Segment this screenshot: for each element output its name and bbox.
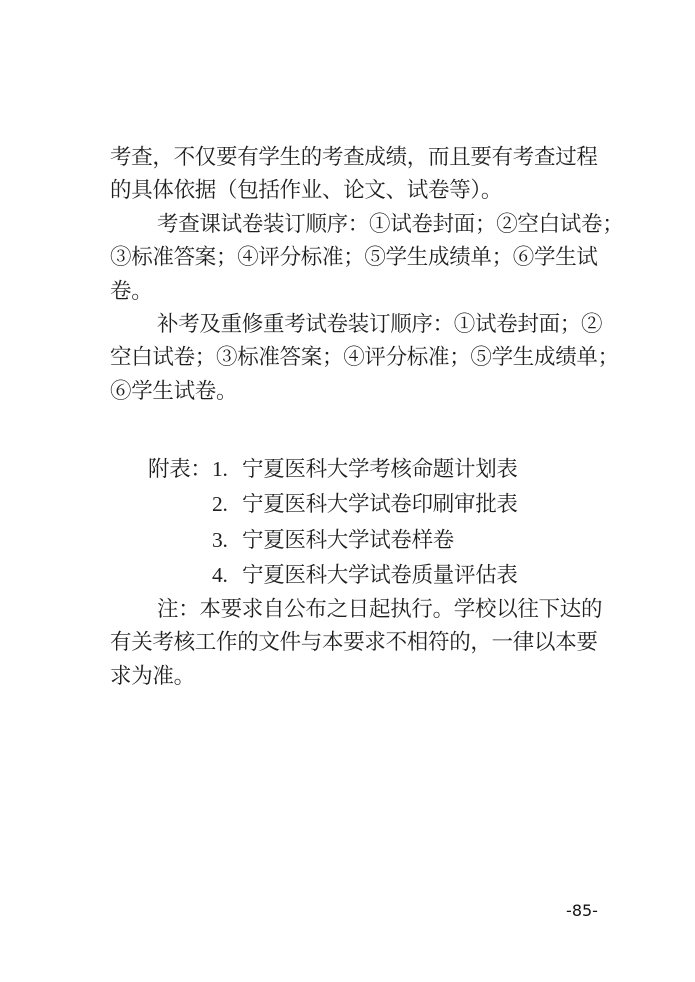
paragraph-2-line-3: 卷。	[110, 275, 615, 308]
appendix-item-3-text: 宁夏医科大学试卷样卷	[242, 528, 454, 552]
page-number: -85-	[556, 901, 608, 920]
paragraph-3-line-1: 补考及重修重考试卷装订顺序：①试卷封面；②	[110, 308, 615, 341]
appendix-item-4: 4.宁夏医科大学试卷质量评估表	[110, 558, 615, 593]
paragraph-1-line-2: 的具体依据（包括作业、论文、试卷等）。	[110, 174, 615, 207]
paragraph-2-line-2: ③标准答案；④评分标准；⑤学生成绩单；⑥学生试	[110, 241, 615, 274]
paragraph-2-line-1: 考查课试卷装订顺序：①试卷封面；②空白试卷；	[110, 208, 615, 241]
appendix-item-1: 附表：1.宁夏医科大学考核命题计划表	[110, 452, 615, 487]
note-paragraph: 注：本要求自公布之日起执行。学校以往下达的 有关考核工作的文件与本要求不相符的，…	[110, 593, 615, 693]
note-line-1: 注：本要求自公布之日起执行。学校以往下达的	[110, 593, 615, 626]
appendix-item-4-text: 宁夏医科大学试卷质量评估表	[242, 563, 518, 587]
appendix-item-3-number: 3.	[212, 523, 242, 558]
note-line-2: 有关考核工作的文件与本要求不相符的，一律以本要	[110, 626, 615, 659]
paragraph-3-line-2: 空白试卷；③标准答案；④评分标准；⑤学生成绩单；	[110, 341, 615, 374]
appendix-item-2-text: 宁夏医科大学试卷印刷审批表	[242, 492, 518, 516]
appendix-item-2: 2.宁夏医科大学试卷印刷审批表	[110, 487, 615, 522]
document-page: 考查，不仅要有学生的考查成绩，而且要有考查过程 的具体依据（包括作业、论文、试卷…	[0, 0, 695, 982]
note-line-3: 求为准。	[110, 660, 615, 693]
appendix-item-2-number: 2.	[212, 487, 242, 522]
appendix-list: 附表：1.宁夏医科大学考核命题计划表 2.宁夏医科大学试卷印刷审批表 3.宁夏医…	[110, 452, 615, 593]
appendix-item-1-number: 1.	[212, 452, 242, 487]
appendix-label: 附表：	[148, 452, 212, 487]
paragraph-1-line-1: 考查，不仅要有学生的考查成绩，而且要有考查过程	[110, 141, 615, 174]
paragraph-3-line-3: ⑥学生试卷。	[110, 375, 615, 408]
appendix-item-4-number: 4.	[212, 558, 242, 593]
appendix-item-1-text: 宁夏医科大学考核命题计划表	[242, 457, 518, 481]
main-text-block: 考查，不仅要有学生的考查成绩，而且要有考查过程 的具体依据（包括作业、论文、试卷…	[110, 141, 615, 408]
appendix-item-3: 3.宁夏医科大学试卷样卷	[110, 523, 615, 558]
